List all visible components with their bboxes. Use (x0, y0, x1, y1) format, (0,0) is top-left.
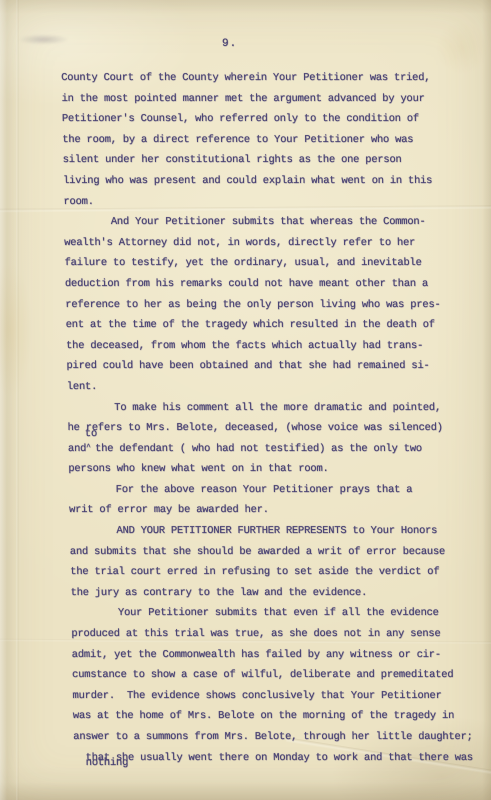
typewritten-line: wealth's Attorney did not, in words, dir… (64, 233, 484, 254)
typewritten-line: living who was present and could explain… (63, 171, 483, 192)
document-page: 9. County Court of the County wherein Yo… (0, 0, 491, 800)
text-block: County Court of the County wherein Your … (61, 68, 491, 771)
typewritten-line: the trial court erred in refusing to set… (70, 562, 490, 583)
typewritten-line: ent at the time of the tragedy which res… (66, 315, 486, 336)
typewritten-line: lent. (67, 377, 487, 398)
typewritten-line: in the most pointed manner met the argum… (61, 89, 481, 110)
page-number: 9. (222, 38, 237, 50)
typewritten-line: room. (63, 192, 483, 213)
typewritten-line: reference to her as being the only perso… (65, 295, 485, 316)
typewritten-line: For the above reason Your Petitioner pra… (69, 480, 489, 501)
typewritten-line: AND YOUR PETITIONER FURTHER REPRESENTS t… (69, 521, 489, 542)
inserted-word: to (85, 429, 97, 439)
typewritten-line: pired could have been obtained and that … (66, 356, 486, 377)
typewritten-line: that she usually went there on Monday to… (73, 748, 491, 769)
typewritten-line: And Your Petitioner submits that whereas… (64, 212, 484, 233)
typewritten-line: Your Petitioner submits that even if all… (71, 603, 491, 624)
line-text: the defendant ( who had not testified) a… (95, 443, 422, 455)
interlinear-insertion: to^ (86, 439, 95, 460)
typewritten-line: answer to a summons from Mrs. Belote, th… (73, 727, 491, 748)
typewritten-line: murder. The evidence shows conclusively … (72, 686, 491, 707)
typewritten-line: Petitioner's Counsel, who referred only … (62, 109, 482, 130)
typewritten-line: County Court of the County wherein Your … (61, 68, 481, 89)
typewritten-line: persons who knew what went on in that ro… (68, 459, 488, 480)
typewritten-line: cumstance to show a case of wilful, deli… (72, 665, 491, 686)
typewritten-line: admit, yet the Commonwealth has failed b… (72, 645, 491, 666)
typewritten-line: To make his comment all the more dramati… (67, 398, 487, 419)
typewritten-line: was at the home of Mrs. Belote on the mo… (73, 706, 491, 727)
typewritten-line: the room, by a direct reference to Your … (62, 130, 482, 151)
typewritten-line: failure to testify, yet the ordinary, us… (64, 253, 484, 274)
typewritten-line: and submits that she should be awarded a… (70, 542, 490, 563)
typewritten-line: the jury as contrary to the law and the … (70, 583, 490, 604)
typewritten-line: writ of error may be awarded her. (69, 500, 489, 521)
typewritten-line: produced at this trial was true, as she … (71, 624, 491, 645)
line-text: and (68, 443, 86, 455)
typewritten-line: silent under her constitutional rights a… (63, 150, 483, 171)
typewritten-line: the deceased, from whom the facts which … (66, 336, 486, 357)
paper-smudge (18, 34, 82, 45)
typewritten-line: deduction from his remarks could not hav… (65, 274, 485, 295)
caret-mark: ^ (86, 444, 91, 452)
paper-stain (0, 240, 50, 420)
typewritten-line: he refers to Mrs. Belote, deceased, (who… (67, 418, 487, 439)
typewritten-line-with-insertion: andto^the defendant ( who had not testif… (68, 439, 488, 460)
